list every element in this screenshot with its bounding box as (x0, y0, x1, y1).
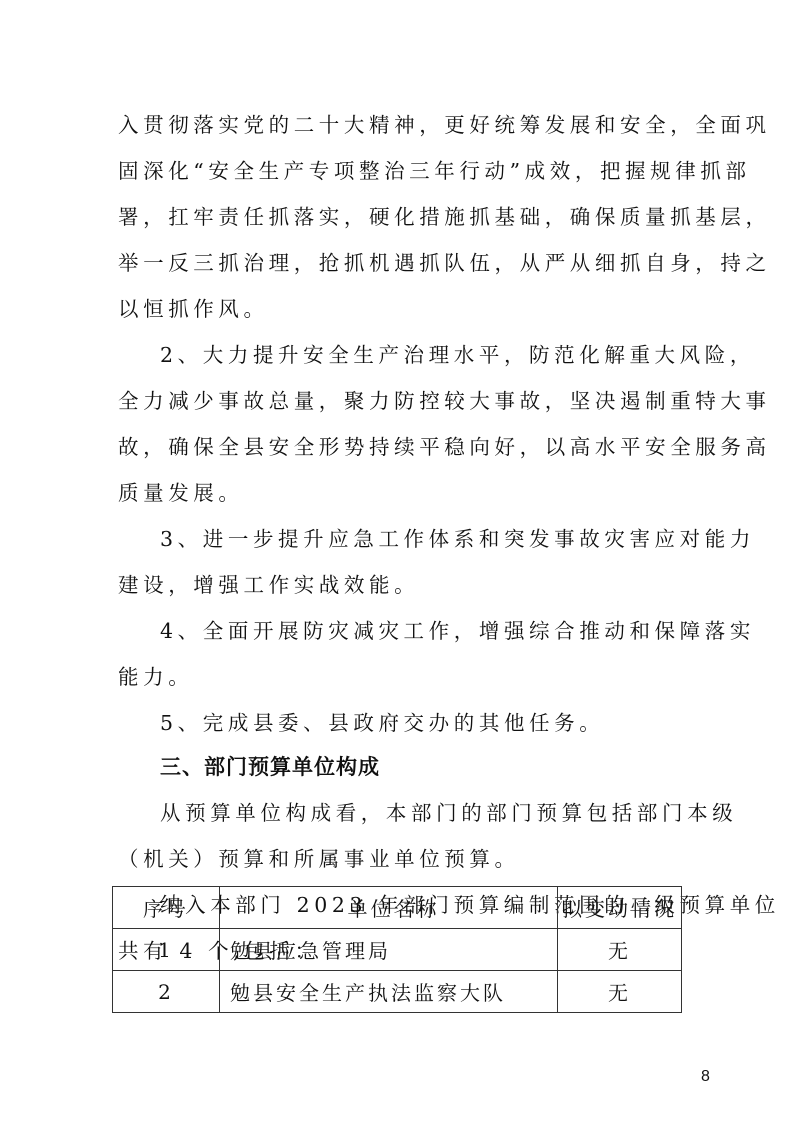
section-paragraph-line: 从预算单位构成看，本部门的部门预算包括部门本级 (160, 799, 730, 827)
cell-change-status: 无 (558, 971, 682, 1013)
page-number: 8 (701, 1068, 710, 1086)
header-unit-name: 单位名称 (220, 887, 558, 929)
cell-index: 2 (113, 971, 220, 1013)
section-paragraph-line: （机关）预算和所属事业单位预算。 (118, 845, 688, 873)
paragraph-line: 以恒抓作风。 (118, 295, 688, 323)
paragraph-line: 固深化“安全生产专项整治三年行动”成效，把握规律抓部 (118, 157, 688, 185)
paragraph-line: 举一反三抓治理，抢抓机遇抓队伍，从严从细抓自身，持之 (118, 249, 688, 277)
list-item-3-line: 3、进一步提升应急工作体系和突发事故灾害应对能力 (160, 525, 730, 553)
cell-unit-name: 勉县应急管理局 (220, 929, 558, 971)
table-header-row: 序号 单位名称 拟变动情况 (113, 887, 682, 929)
cell-change-status: 无 (558, 929, 682, 971)
cell-unit-name: 勉县安全生产执法监察大队 (220, 971, 558, 1013)
cell-index: 1 (113, 929, 220, 971)
list-item-2-line: 质量发展。 (118, 479, 688, 507)
paragraph-line: 入贯彻落实党的二十大精神，更好统筹发展和安全，全面巩 (118, 111, 688, 139)
list-item-2-line: 2、大力提升安全生产治理水平，防范化解重大风险， (160, 341, 730, 369)
paragraph-line: 署，扛牢责任抓落实，硬化措施抓基础，确保质量抓基层， (118, 203, 688, 231)
list-item-4-line: 4、全面开展防灾减灾工作，增强综合推动和保障落实 (160, 617, 730, 645)
list-item-4-line: 能力。 (118, 663, 688, 691)
budget-units-table: 序号 单位名称 拟变动情况 1 勉县应急管理局 无 2 勉县安全生产执法监察大队… (112, 886, 682, 1013)
list-item-5-line: 5、完成县委、县政府交办的其他任务。 (160, 709, 730, 737)
list-item-2-line: 故，确保全县安全形势持续平稳向好，以高水平安全服务高 (118, 433, 688, 461)
table-row: 1 勉县应急管理局 无 (113, 929, 682, 971)
header-change-status: 拟变动情况 (558, 887, 682, 929)
list-item-3-line: 建设，增强工作实战效能。 (118, 571, 688, 599)
header-index: 序号 (113, 887, 220, 929)
section-heading: 三、部门预算单位构成 (160, 753, 380, 781)
list-item-2-line: 全力减少事故总量，聚力防控较大事故，坚决遏制重特大事 (118, 387, 688, 415)
table-row: 2 勉县安全生产执法监察大队 无 (113, 971, 682, 1013)
